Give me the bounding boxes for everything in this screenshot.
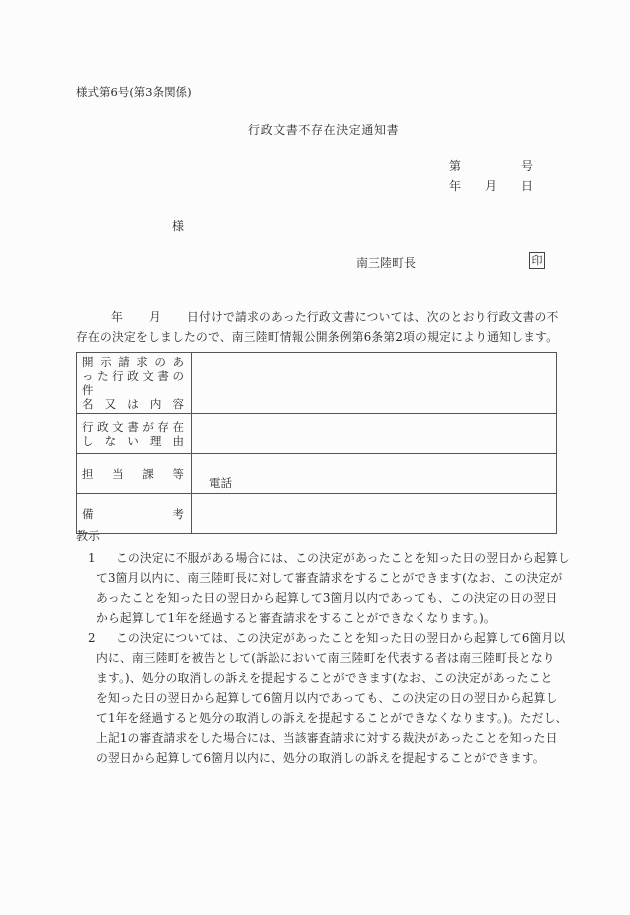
date-month: 月 (485, 178, 497, 194)
date-year: 年 (449, 178, 461, 194)
form-number: 様式第6号(第3条関係) (76, 84, 192, 100)
body-line-1: 年月日付けで請求のあった行政文書については、次のとおり行政文書の不 (76, 307, 558, 327)
seal-icon: 印 (529, 252, 545, 269)
decision-details-table: 開示請求のあ った行政文書の件 名又は内容 行政文書が存在 しない理由 担当課等… (76, 352, 557, 534)
number-prefix: 第 (449, 158, 461, 174)
notice-item-number: 1 (88, 548, 96, 568)
notice-item-1: 1 この決定に不服がある場合には、この決定があったことを知った日の翌日から起算し… (76, 548, 566, 628)
notice-heading: 教示 (76, 528, 100, 544)
table-label: 開示請求のあ った行政文書の件 名又は内容 (77, 353, 192, 414)
telephone-label: 電話 (209, 475, 232, 491)
table-value-department[interactable]: 電話 (192, 454, 557, 494)
document-number-line: 第 号 (449, 158, 533, 174)
date-day: 日 (521, 178, 533, 194)
table-label: 担当課等 (77, 454, 192, 494)
table-label: 行政文書が存在 しない理由 (77, 414, 192, 454)
body-line-2: 存在の決定をしましたので、南三陸町情報公開条例第6条第2項の規定により通知します… (76, 327, 558, 347)
table-row-nonexistence-reason: 行政文書が存在 しない理由 (77, 414, 557, 454)
table-value-remarks[interactable] (192, 494, 557, 534)
document-date-line: 年 月 日 (449, 178, 533, 194)
table-value-nonexistence-reason[interactable] (192, 414, 557, 454)
document-title: 行政文書不存在決定通知書 (248, 122, 399, 138)
table-row-department: 担当課等 電話 (77, 454, 557, 494)
notice-item-2: 2 この決定については、この決定があったことを知った日の翌日から起算して6箇月以… (76, 628, 566, 768)
table-value-request-subject[interactable] (192, 353, 557, 414)
notice-item-number: 2 (88, 628, 96, 648)
table-row-remarks: 備考 (77, 494, 557, 534)
body-paragraph: 年月日付けで請求のあった行政文書については、次のとおり行政文書の不 存在の決定を… (76, 307, 558, 347)
number-suffix: 号 (521, 158, 533, 174)
body-month: 月 (149, 310, 161, 324)
table-row-request-subject: 開示請求のあ った行政文書の件 名又は内容 (77, 353, 557, 414)
body-line-1-rest: 日付けで請求のあった行政文書については、次のとおり行政文書の不 (187, 310, 559, 324)
addressee-honorific: 様 (172, 218, 184, 234)
issuer-name: 南三陸町長 (356, 255, 416, 271)
body-year: 年 (111, 310, 123, 324)
notice-list: 1 この決定に不服がある場合には、この決定があったことを知った日の翌日から起算し… (76, 548, 566, 768)
